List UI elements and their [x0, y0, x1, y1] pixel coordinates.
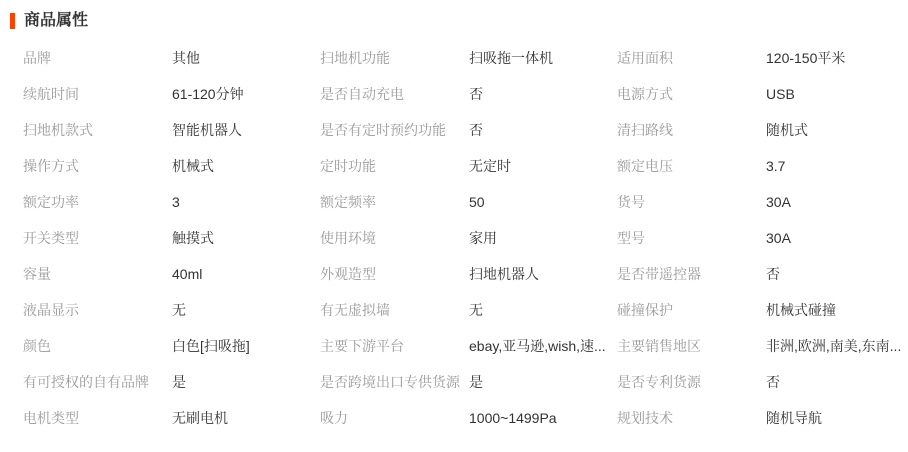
attribute-label: 电机类型	[23, 408, 172, 428]
attribute-row: 扫地机款式 智能机器人 是否有定时预约功能 否 清扫路线 随机式	[23, 112, 908, 148]
attribute-label: 是否带遥控器	[617, 264, 766, 284]
attribute-row: 液晶显示 无 有无虚拟墙 无 碰撞保护 机械式碰撞	[23, 292, 908, 328]
attribute-cell: 品牌 其他	[23, 48, 320, 68]
attribute-value: 40ml	[172, 266, 202, 282]
attribute-value: 是	[172, 372, 186, 392]
attribute-value: 是	[469, 372, 483, 392]
attribute-value: 61-120分钟	[172, 84, 244, 104]
attribute-value: 50	[469, 194, 485, 210]
attribute-label: 操作方式	[23, 156, 172, 176]
attribute-cell: 容量 40ml	[23, 264, 320, 284]
attribute-label: 电源方式	[617, 84, 766, 104]
attribute-label: 主要下游平台	[320, 336, 469, 356]
attribute-row: 操作方式 机械式 定时功能 无定时 额定电压 3.7	[23, 148, 908, 184]
attribute-label: 是否跨境出口专供货源	[320, 372, 469, 392]
attribute-cell: 吸力 1000~1499Pa	[320, 408, 617, 428]
attribute-label: 额定功率	[23, 192, 172, 212]
attribute-value: 无	[172, 300, 186, 320]
attribute-value: 家用	[469, 228, 497, 248]
attribute-row: 电机类型 无刷电机 吸力 1000~1499Pa 规划技术 随机导航	[23, 400, 908, 436]
attribute-label: 货号	[617, 192, 766, 212]
attribute-value: 30A	[766, 194, 791, 210]
attribute-cell: 颜色 白色[扫吸拖]	[23, 336, 320, 356]
attribute-cell: 碰撞保护 机械式碰撞	[617, 300, 908, 320]
attribute-label: 液晶显示	[23, 300, 172, 320]
attribute-label: 清扫路线	[617, 120, 766, 140]
attribute-label: 吸力	[320, 408, 469, 428]
accent-bar-icon	[10, 13, 15, 29]
attribute-cell: 扫地机款式 智能机器人	[23, 120, 320, 140]
attribute-label: 扫地机功能	[320, 48, 469, 68]
section-header: 商品属性	[10, 12, 908, 30]
attribute-cell: 液晶显示 无	[23, 300, 320, 320]
attribute-label: 扫地机款式	[23, 120, 172, 140]
attribute-cell: 电机类型 无刷电机	[23, 408, 320, 428]
attribute-row: 续航时间 61-120分钟 是否自动充电 否 电源方式 USB	[23, 76, 908, 112]
attributes-table: 品牌 其他 扫地机功能 扫吸拖一体机 适用面积 120-150平米 续航时间 6…	[0, 40, 908, 436]
attribute-label: 碰撞保护	[617, 300, 766, 320]
attribute-cell: 清扫路线 随机式	[617, 120, 908, 140]
attribute-value: 机械式	[172, 156, 214, 176]
attribute-label: 有无虚拟墙	[320, 300, 469, 320]
attribute-cell: 主要下游平台 ebay,亚马逊,wish,速...	[320, 336, 617, 356]
attribute-value: 1000~1499Pa	[469, 410, 557, 426]
attribute-row: 容量 40ml 外观造型 扫地机器人 是否带遥控器 否	[23, 256, 908, 292]
attribute-label: 适用面积	[617, 48, 766, 68]
attribute-cell: 是否专利货源 否	[617, 372, 908, 392]
attribute-label: 有可授权的自有品牌	[23, 372, 172, 392]
attribute-label: 是否专利货源	[617, 372, 766, 392]
attribute-cell: 是否带遥控器 否	[617, 264, 908, 284]
attribute-value: 扫地机器人	[469, 264, 539, 284]
attribute-value: 否	[766, 372, 780, 392]
attribute-label: 型号	[617, 228, 766, 248]
attribute-value: 白色[扫吸拖]	[172, 336, 250, 356]
attribute-row: 开关类型 触摸式 使用环境 家用 型号 30A	[23, 220, 908, 256]
attribute-cell: 有无虚拟墙 无	[320, 300, 617, 320]
attribute-label: 品牌	[23, 48, 172, 68]
attribute-label: 定时功能	[320, 156, 469, 176]
product-attributes-panel: 商品属性 品牌 其他 扫地机功能 扫吸拖一体机 适用面积 120-150平米 续…	[0, 0, 908, 452]
attribute-cell: 是否自动充电 否	[320, 84, 617, 104]
attribute-value: 30A	[766, 230, 791, 246]
attribute-cell: 有可授权的自有品牌 是	[23, 372, 320, 392]
attribute-value: 非洲,欧洲,南美,东南...	[766, 336, 901, 356]
attribute-label: 外观造型	[320, 264, 469, 284]
attribute-cell: 定时功能 无定时	[320, 156, 617, 176]
attribute-value: 机械式碰撞	[766, 300, 836, 320]
attribute-value: 否	[469, 120, 483, 140]
attribute-label: 额定频率	[320, 192, 469, 212]
attribute-cell: 型号 30A	[617, 228, 908, 248]
attribute-value: 120-150平米	[766, 48, 845, 68]
attribute-value: 随机导航	[766, 408, 822, 428]
attribute-label: 主要销售地区	[617, 336, 766, 356]
attribute-cell: 外观造型 扫地机器人	[320, 264, 617, 284]
attribute-cell: 开关类型 触摸式	[23, 228, 320, 248]
attribute-cell: 规划技术 随机导航	[617, 408, 908, 428]
attribute-value: 无	[469, 300, 483, 320]
attribute-value: 无刷电机	[172, 408, 228, 428]
attribute-value: 触摸式	[172, 228, 214, 248]
attribute-value: 其他	[172, 48, 200, 68]
attribute-label: 续航时间	[23, 84, 172, 104]
attribute-cell: 额定电压 3.7	[617, 156, 908, 176]
attribute-label: 容量	[23, 264, 172, 284]
attribute-label: 开关类型	[23, 228, 172, 248]
section-title: 商品属性	[24, 12, 88, 30]
attribute-label: 使用环境	[320, 228, 469, 248]
attribute-cell: 是否有定时预约功能 否	[320, 120, 617, 140]
attribute-cell: 续航时间 61-120分钟	[23, 84, 320, 104]
attribute-label: 颜色	[23, 336, 172, 356]
attribute-value: 3.7	[766, 158, 785, 174]
attribute-label: 是否自动充电	[320, 84, 469, 104]
attribute-cell: 扫地机功能 扫吸拖一体机	[320, 48, 617, 68]
attribute-value: 扫吸拖一体机	[469, 48, 553, 68]
attribute-cell: 使用环境 家用	[320, 228, 617, 248]
attribute-cell: 电源方式 USB	[617, 84, 908, 104]
attribute-value: 3	[172, 194, 180, 210]
attribute-value: 无定时	[469, 156, 511, 176]
attribute-cell: 是否跨境出口专供货源 是	[320, 372, 617, 392]
attribute-cell: 主要销售地区 非洲,欧洲,南美,东南...	[617, 336, 908, 356]
attribute-label: 规划技术	[617, 408, 766, 428]
attribute-row: 额定功率 3 额定频率 50 货号 30A	[23, 184, 908, 220]
attribute-row: 品牌 其他 扫地机功能 扫吸拖一体机 适用面积 120-150平米	[23, 40, 908, 76]
attribute-value: 否	[469, 84, 483, 104]
attribute-value: USB	[766, 86, 795, 102]
attribute-label: 额定电压	[617, 156, 766, 176]
attribute-row: 有可授权的自有品牌 是 是否跨境出口专供货源 是 是否专利货源 否	[23, 364, 908, 400]
attribute-value: 否	[766, 264, 780, 284]
attribute-label: 是否有定时预约功能	[320, 120, 469, 140]
attribute-value: ebay,亚马逊,wish,速...	[469, 336, 606, 356]
attribute-cell: 操作方式 机械式	[23, 156, 320, 176]
attribute-cell: 额定功率 3	[23, 192, 320, 212]
attribute-cell: 额定频率 50	[320, 192, 617, 212]
attribute-cell: 适用面积 120-150平米	[617, 48, 908, 68]
attribute-value: 智能机器人	[172, 120, 242, 140]
attribute-cell: 货号 30A	[617, 192, 908, 212]
attribute-value: 随机式	[766, 120, 808, 140]
attribute-row: 颜色 白色[扫吸拖] 主要下游平台 ebay,亚马逊,wish,速... 主要销…	[23, 328, 908, 364]
